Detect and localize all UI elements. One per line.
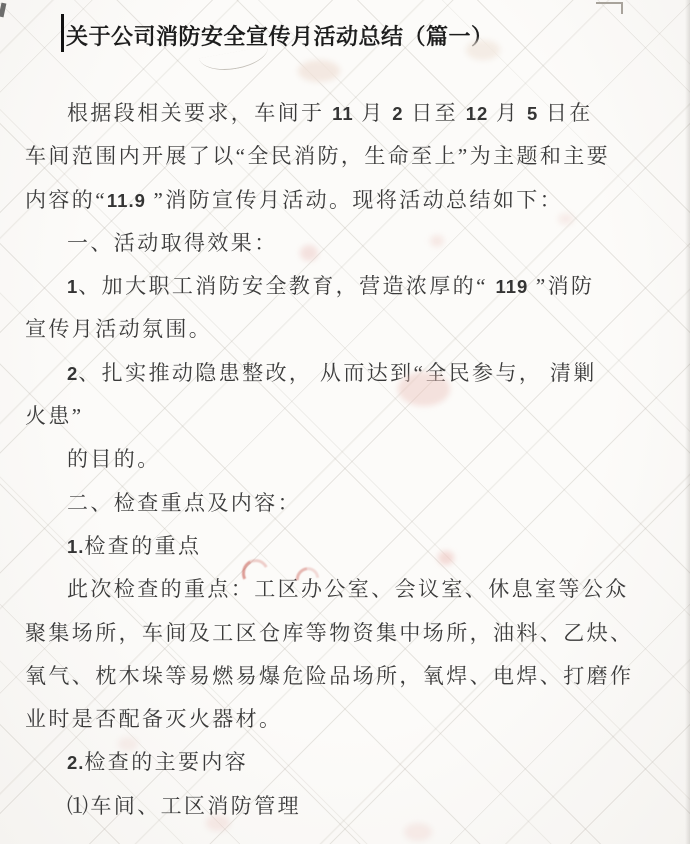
page-edge-shadow <box>685 0 690 844</box>
text-line: 的目的。 <box>25 438 665 481</box>
text-boundary-crop-mark <box>596 2 623 4</box>
document-title: 关于公司消防安全宣传月活动总结（篇一） <box>66 20 494 51</box>
text-line: 业时是否配备灭火器材。 <box>25 698 665 741</box>
text-line: 2、扎实推动隐患整改， 从而达到“全民参与， 清剿 <box>25 352 665 395</box>
document-page: { "doc": { "title": "关于公司消防安全宣传月活动总结（篇一）… <box>0 0 690 844</box>
text-line: 根据段相关要求，车间于 11 月 2 日至 12 月 5 日在 <box>25 92 665 135</box>
text-line: 1、加大职工消防安全教育，营造浓厚的“ 119 ”消防 <box>25 265 665 308</box>
text-line: 内容的“11.9 ”消防宣传月活动。现将活动总结如下： <box>25 179 665 222</box>
text-line: ⑴车间、工区消防管理 <box>25 785 665 828</box>
text-line: 火患” <box>25 395 665 438</box>
text-line: 一、活动取得效果： <box>25 222 665 265</box>
text-line: 宣传月活动氛围。 <box>25 308 665 351</box>
text-line: 聚集场所，车间及工区仓库等物资集中场所，油料、乙炔、 <box>25 612 665 655</box>
text-line: 氧气、枕木垛等易燃易爆危险品场所，氧焊、电焊、打磨作 <box>25 655 665 698</box>
text-line: 1.检查的重点 <box>25 525 665 568</box>
pink-smudge-artifact <box>298 60 340 82</box>
text-cursor <box>61 14 64 52</box>
photo-corner-artifact <box>0 3 6 18</box>
document-body: 根据段相关要求，车间于 11 月 2 日至 12 月 5 日在 车间范围内开展了… <box>25 92 665 828</box>
text-line: 二、检查重点及内容： <box>25 482 665 525</box>
text-line: 车间范围内开展了以“全民消防，生命至上”为主题和主要 <box>25 135 665 178</box>
text-boundary-crop-mark <box>621 2 623 14</box>
text-line: 2.检查的主要内容 <box>25 741 665 784</box>
text-line: 此次检查的重点：工区办公室、会议室、休息室等公众 <box>25 568 665 611</box>
